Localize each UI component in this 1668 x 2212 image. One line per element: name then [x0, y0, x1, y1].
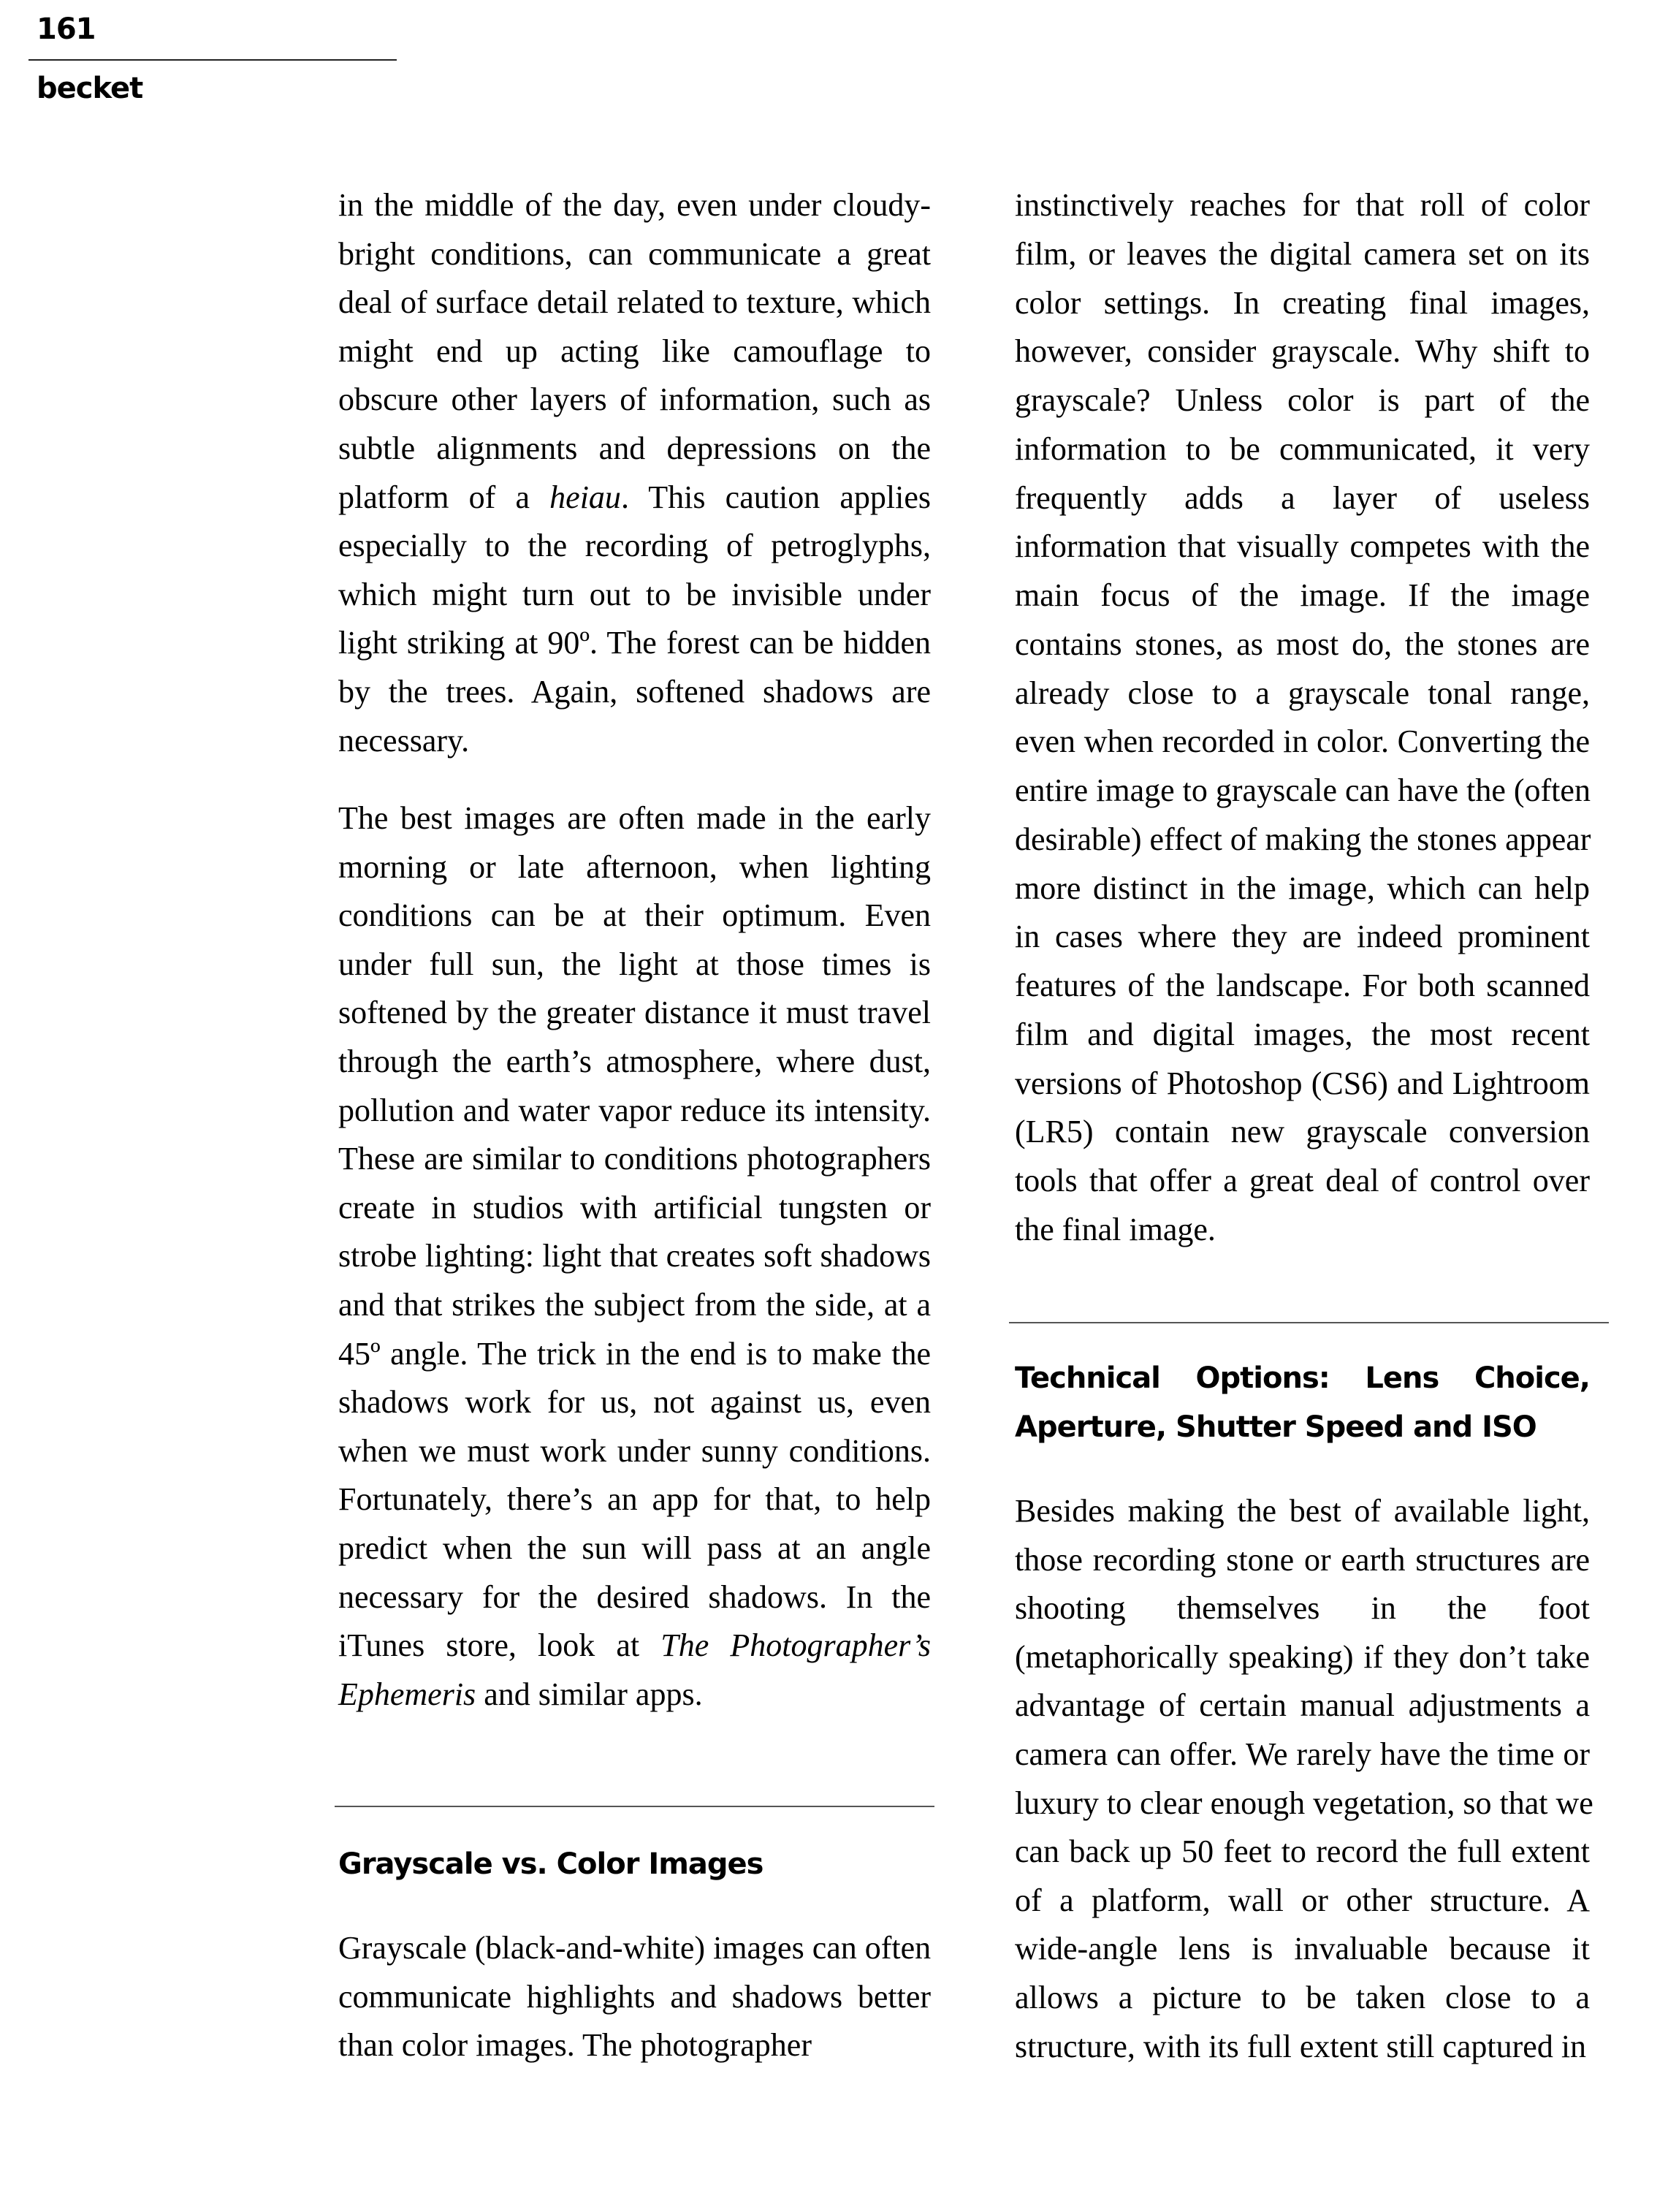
italic-term: The Photographer’s: [660, 1627, 931, 1663]
text-line: allows a picture to be taken close to a: [1015, 1974, 1590, 2022]
text-line: communicate highlights and shadows bette…: [338, 1973, 931, 2021]
text-line: and that strikes the subject from the si…: [338, 1281, 931, 1329]
text-line: grayscale? Unless color is part of the: [1015, 376, 1590, 425]
text-line: entire image to grayscale can have the (…: [1015, 767, 1590, 815]
text-line: shadows work for us, not against us, eve…: [338, 1378, 931, 1426]
text-line: camera can offer. We rarely have the tim…: [1015, 1730, 1590, 1779]
text-line: (LR5) contain new grayscale conversion: [1015, 1108, 1590, 1156]
text-line: 45º angle. The trick in the end is to ma…: [338, 1330, 931, 1378]
text-line: necessary.: [338, 717, 931, 765]
text-line: advantage of certain manual adjustments …: [1015, 1681, 1590, 1730]
text-line: pollution and water vapor reduce its int…: [338, 1087, 931, 1135]
text-line: those recording stone or earth structure…: [1015, 1536, 1590, 1584]
text-line: morning or late afternoon, when lighting: [338, 843, 931, 892]
text-line: under full sun, the light at those times…: [338, 940, 931, 989]
text-line: information to be communicated, it very: [1015, 425, 1590, 474]
text-line: subtle alignments and depressions on the: [338, 425, 931, 473]
text-line: create in studios with artificial tungst…: [338, 1184, 931, 1232]
text-line: contains stones, as most do, the stones …: [1015, 620, 1590, 669]
text-line: film and digital images, the most recent: [1015, 1011, 1590, 1059]
text-line: features of the landscape. For both scan…: [1015, 962, 1590, 1010]
text-line: in the middle of the day, even under clo…: [338, 181, 931, 229]
text-line: wide-angle lens is invaluable because it: [1015, 1925, 1590, 1973]
text-line: The best images are often made in the ea…: [338, 794, 931, 843]
text-line: predict when the sun will pass at an ang…: [338, 1524, 931, 1573]
section-divider-grayscale: [335, 1806, 934, 1807]
text-line: of a platform, wall or other structure. …: [1015, 1877, 1590, 1925]
text-line: These are similar to conditions photogra…: [338, 1135, 931, 1183]
text-line: versions of Photoshop (CS6) and Lightroo…: [1015, 1060, 1590, 1108]
text-line: frequently adds a layer of useless: [1015, 474, 1590, 522]
italic-term: Ephemeris: [338, 1676, 476, 1712]
text-line: instinctively reaches for that roll of c…: [1015, 181, 1590, 229]
text-line: main focus of the image. If the image: [1015, 571, 1590, 620]
text-line: however, consider grayscale. Why shift t…: [1015, 327, 1590, 376]
text-line: Grayscale (black-and-white) images can o…: [338, 1924, 931, 1972]
text-line: deal of surface detail related to textur…: [338, 278, 931, 327]
text-line: film, or leaves the digital camera set o…: [1015, 230, 1590, 278]
text-line: platform of a heiau. This caution applie…: [338, 474, 931, 522]
text-line: can back up 50 feet to record the full e…: [1015, 1828, 1590, 1876]
text-line: tools that offer a great deal of control…: [1015, 1157, 1590, 1205]
text-line: conditions can be at their optimum. Even: [338, 892, 931, 940]
text-line: light striking at 90º. The forest can be…: [338, 619, 931, 667]
text-line: Besides making the best of available lig…: [1015, 1487, 1590, 1535]
text-line: obscure other layers of information, suc…: [338, 376, 931, 424]
text-line: than color images. The photographer: [338, 2021, 931, 2070]
text-line: luxury to clear enough vegetation, so th…: [1015, 1779, 1590, 1828]
text-line: (metaphorically speaking) if they don’t …: [1015, 1633, 1590, 1681]
text-line: through the earth’s atmosphere, where du…: [338, 1038, 931, 1086]
text-line: desirable) effect of making the stones a…: [1015, 816, 1590, 864]
heading-line: Technical Options: Lens Choice,: [1015, 1354, 1590, 1402]
text-line: structure, with its full extent still ca…: [1015, 2023, 1590, 2071]
text-line: especially to the recording of petroglyp…: [338, 522, 931, 570]
text-line: already close to a grayscale tonal range…: [1015, 669, 1590, 718]
text-line: by the trees. Again, softened shadows ar…: [338, 668, 931, 716]
italic-term: heiau: [549, 479, 621, 515]
text-line: Fortunately, there’s an app for that, to…: [338, 1475, 931, 1524]
text-line: bright conditions, can communicate a gre…: [338, 230, 931, 278]
heading-line: Aperture, Shutter Speed and ISO: [1015, 1403, 1590, 1451]
text-line: softened by the greater distance it must…: [338, 989, 931, 1037]
text-line: color settings. In creating final images…: [1015, 279, 1590, 327]
text-line: when we must work under sunny conditions…: [338, 1427, 931, 1475]
section-divider-technical: [1009, 1322, 1609, 1323]
header-rule: [28, 59, 397, 61]
text-line: necessary for the desired shadows. In th…: [338, 1573, 931, 1622]
page-number: 161: [37, 10, 96, 48]
text-line: iTunes store, look at The Photographer’s: [338, 1622, 931, 1670]
text-line: which might turn out to be invisible und…: [338, 571, 931, 619]
text-line: even when recorded in color. Converting …: [1015, 718, 1590, 766]
heading-line: Grayscale vs. Color Images: [338, 1840, 931, 1888]
author-name: becket: [37, 69, 142, 107]
text-line: Ephemeris and similar apps.: [338, 1671, 931, 1719]
text-line: strobe lighting: light that creates soft…: [338, 1232, 931, 1280]
text-line: in cases where they are indeed prominent: [1015, 913, 1590, 961]
text-line: might end up acting like camouflage to: [338, 327, 931, 376]
text-line: more distinct in the image, which can he…: [1015, 864, 1590, 913]
text-line: information that visually competes with …: [1015, 522, 1590, 571]
text-line: shooting themselves in the foot: [1015, 1584, 1590, 1633]
text-line: the final image.: [1015, 1206, 1590, 1254]
